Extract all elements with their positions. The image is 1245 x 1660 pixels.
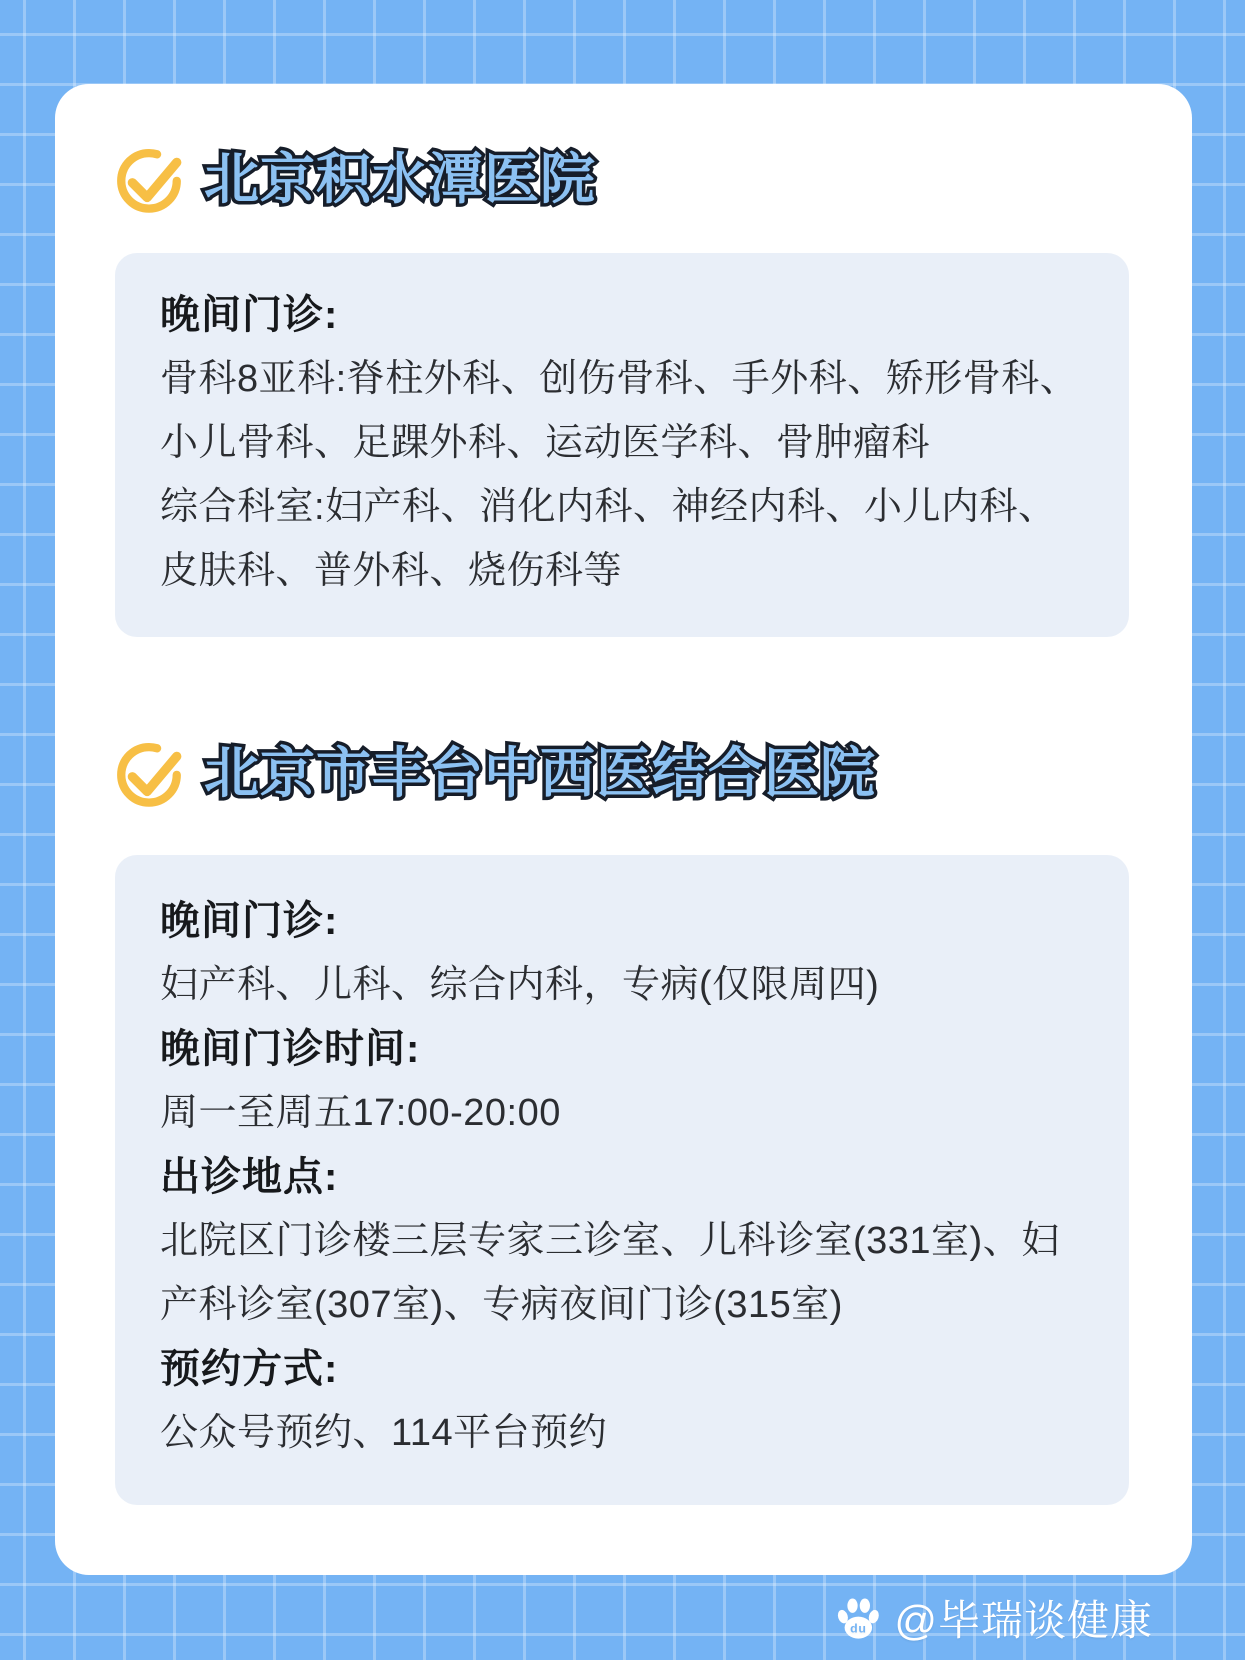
info-text: 妇产科、儿科、综合内科，专病(仅限周四) (160, 953, 1084, 1017)
info-text: 周一至周五17:00-20:00 (160, 1081, 1084, 1145)
info-box-jishuitan: 晚间门诊: 骨科8亚科:脊柱外科、创伤骨科、手外科、矫形骨科、小儿骨科、足踝外科… (115, 253, 1129, 637)
info-label: 晚间门诊: (160, 283, 1084, 347)
info-text: 北院区门诊楼三层专家三诊室、儿科诊室(331室)、妇产科诊室(307室)、专病夜… (160, 1209, 1084, 1337)
baidu-paw-icon: du (834, 1595, 882, 1641)
info-label: 晚间门诊时间: (160, 1017, 1084, 1081)
content-card: 北京积水潭医院 晚间门诊: 骨科8亚科:脊柱外科、创伤骨科、手外科、矫形骨科、小… (55, 84, 1192, 1575)
hospital-name: 北京市丰台中西医结合医院 (204, 740, 876, 806)
info-label: 出诊地点: (160, 1145, 1084, 1209)
section-header-jishuitan: 北京积水潭医院 (112, 142, 596, 216)
watermark-handle: @毕瑞谈健康 (894, 1588, 1153, 1648)
check-circle-icon (112, 736, 186, 810)
baidu-du-text: du (850, 1621, 866, 1635)
info-box-fengtai: 晚间门诊: 妇产科、儿科、综合内科，专病(仅限周四) 晚间门诊时间: 周一至周五… (115, 855, 1129, 1505)
info-text: 公众号预约、114平台预约 (160, 1401, 1084, 1465)
info-text: 骨科8亚科:脊柱外科、创伤骨科、手外科、矫形骨科、小儿骨科、足踝外科、运动医学科… (160, 347, 1084, 475)
watermark: du @毕瑞谈健康 (834, 1588, 1153, 1648)
section-header-fengtai: 北京市丰台中西医结合医院 (112, 736, 876, 810)
hospital-name: 北京积水潭医院 (204, 146, 596, 212)
check-circle-icon (112, 142, 186, 216)
info-label: 晚间门诊: (160, 889, 1084, 953)
info-label: 预约方式: (160, 1337, 1084, 1401)
page-background: 北京积水潭医院 晚间门诊: 骨科8亚科:脊柱外科、创伤骨科、手外科、矫形骨科、小… (0, 0, 1245, 1660)
info-text: 综合科室:妇产科、消化内科、神经内科、小儿内科、皮肤科、普外科、烧伤科等 (160, 475, 1084, 603)
